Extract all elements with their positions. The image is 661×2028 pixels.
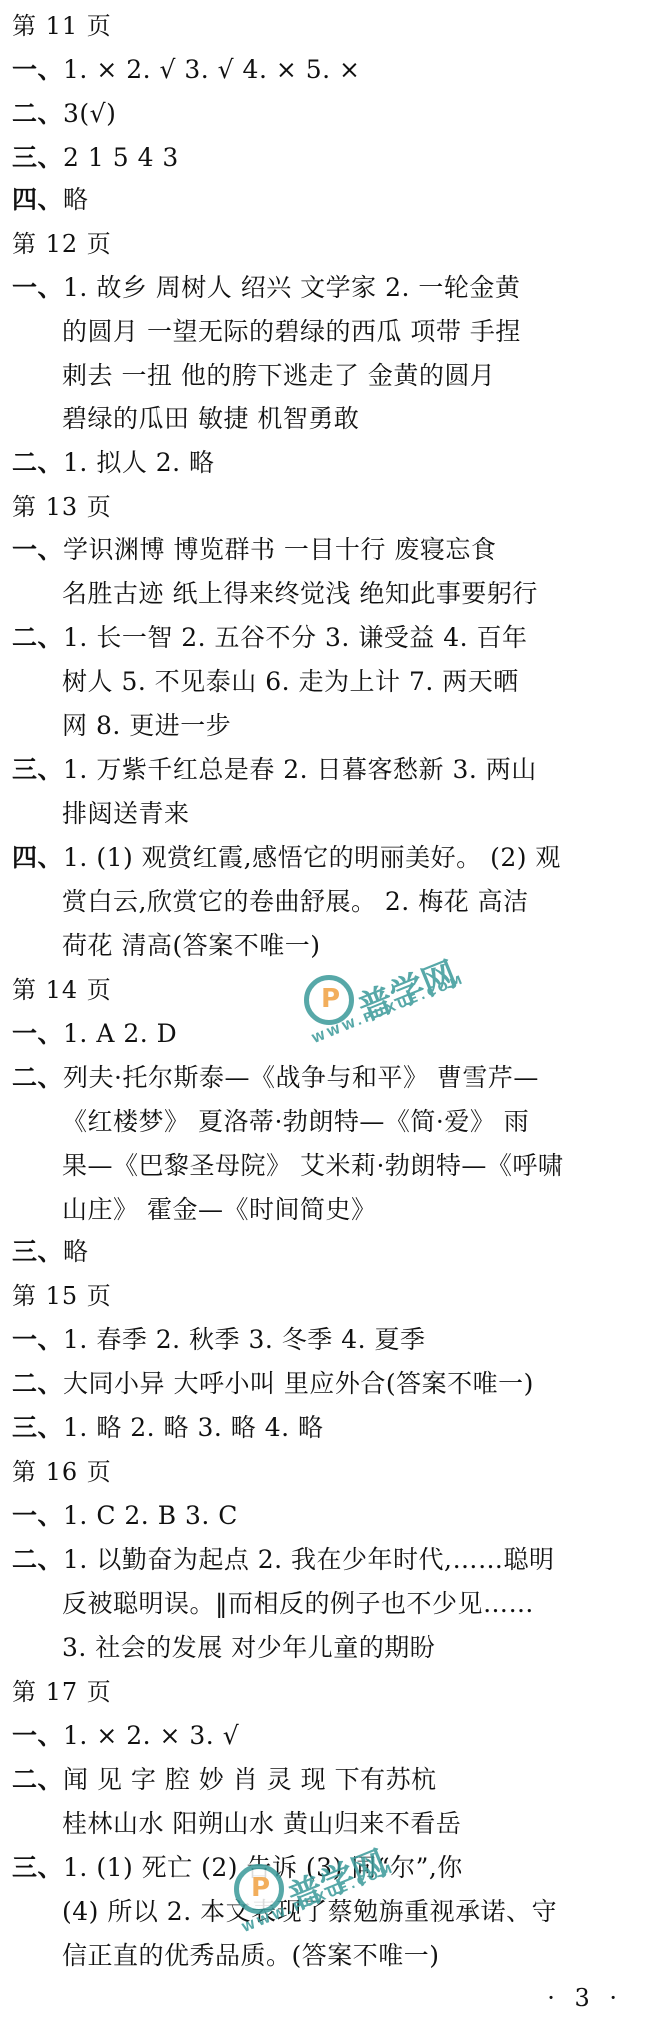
section-label: 二、 [12, 1545, 63, 1574]
section-label: 三、 [12, 143, 63, 172]
answer-line: 一、1. × 2. × 3. √ [12, 1716, 239, 1756]
page-header: 第 13 页 [12, 487, 112, 527]
answer-text: 3(√) [63, 99, 116, 128]
answer-line: 四、略 [12, 180, 89, 220]
answer-line: 二、闻 见 字 腔 妙 肖 灵 现 下有苏杭 [12, 1760, 437, 1800]
section-label: 三、 [12, 1413, 63, 1442]
section-label: 三、 [12, 1853, 63, 1882]
page-header: 第 11 页 [12, 6, 112, 46]
answer-line: 排闼送青来 [62, 794, 190, 834]
answer-line: 网 8. 更进一步 [62, 706, 231, 746]
section-label: 二、 [12, 1063, 63, 1092]
watermark-logo: P 普学网 WWW.PUXUE.COM [300, 945, 500, 1035]
section-label: 二、 [12, 1369, 63, 1398]
section-label: 一、 [12, 1721, 63, 1750]
answer-line: 一、1. C 2. B 3. C [12, 1496, 238, 1536]
section-label: 四、 [12, 185, 63, 214]
answer-line: 名胜古迹 纸上得来终觉浅 绝知此事要躬行 [62, 574, 538, 614]
answer-line: (4) 所以 2. 本文表现了蔡勉旃重视承诺、守 [62, 1892, 557, 1932]
answer-text: 闻 见 字 腔 妙 肖 灵 现 下有苏杭 [63, 1765, 437, 1794]
answer-line: 3. 社会的发展 对少年儿童的期盼 [62, 1628, 435, 1668]
answer-text: 1. 拟人 2. 略 [63, 448, 215, 477]
watermark-circle-icon: P [304, 975, 354, 1025]
answer-text: 1. × 2. × 3. √ [63, 1721, 239, 1750]
answer-line: 一、1. 春季 2. 秋季 3. 冬季 4. 夏季 [12, 1320, 426, 1360]
section-label: 三、 [12, 755, 63, 784]
answer-line: 一、1. A 2. D [12, 1014, 177, 1054]
page-header: 第 15 页 [12, 1276, 112, 1316]
answer-text: 1. 略 2. 略 3. 略 4. 略 [63, 1413, 324, 1442]
answer-line: 信正直的优秀品质。(答案不唯一) [62, 1936, 440, 1976]
answer-line: 二、1. 长一智 2. 五谷不分 3. 谦受益 4. 百年 [12, 618, 528, 658]
section-label: 二、 [12, 623, 63, 652]
section-label: 一、 [12, 273, 63, 302]
section-label: 二、 [12, 99, 63, 128]
watermark-cn-text: 普学网 [350, 947, 463, 1031]
answer-text: 1. 万紫千红总是春 2. 日暮客愁新 3. 两山 [63, 755, 537, 784]
answer-text: 1. (1) 死亡 (2) 告诉 (3) 同“尔”,你 [63, 1853, 463, 1882]
answer-text: 1. 长一智 2. 五谷不分 3. 谦受益 4. 百年 [63, 623, 528, 652]
page-number: · 3 · [547, 1984, 623, 2012]
section-label: 三、 [12, 1237, 63, 1266]
answer-text: 1. (1) 观赏红霞,感悟它的明丽美好。 (2) 观 [63, 843, 561, 872]
answer-line: 果—《巴黎圣母院》 艾米莉·勃朗特—《呼啸 [62, 1146, 563, 1186]
page-header: 第 16 页 [12, 1452, 112, 1492]
answer-line: 一、1. 故乡 周树人 绍兴 文学家 2. 一轮金黄 [12, 268, 520, 308]
answer-key-page: 第 11 页 一、1. × 2. √ 3. √ 4. × 5. × 二、3(√)… [0, 0, 661, 2028]
answer-text: 略 [63, 1237, 89, 1266]
answer-line: 树人 5. 不见泰山 6. 走为上计 7. 两天晒 [62, 662, 519, 702]
answer-text: 略 [63, 185, 89, 214]
answer-line: 荷花 清高(答案不唯一) [62, 926, 320, 966]
answer-line: 一、学识渊博 博览群书 一目十行 废寝忘食 [12, 530, 496, 570]
answer-text: 列夫·托尔斯泰—《战争与和平》 曹雪芹— [63, 1063, 539, 1092]
answer-line: 三、1. 万紫千红总是春 2. 日暮客愁新 3. 两山 [12, 750, 537, 790]
answer-line: 《红楼梦》 夏洛蒂·勃朗特—《简·爱》 雨 [62, 1102, 529, 1142]
answer-line: 二、列夫·托尔斯泰—《战争与和平》 曹雪芹— [12, 1058, 539, 1098]
watermark-p-icon: P [321, 984, 339, 1014]
answer-line: 山庄》 霍金—《时间简史》 [62, 1190, 376, 1230]
answer-line: 三、2 1 5 4 3 [12, 138, 179, 178]
answer-line: 碧绿的瓜田 敏捷 机智勇敢 [62, 399, 359, 439]
answer-text: 1. 春季 2. 秋季 3. 冬季 4. 夏季 [63, 1325, 426, 1354]
answer-text: 1. × 2. √ 3. √ 4. × 5. × [63, 55, 361, 84]
answer-text: 2 1 5 4 3 [63, 143, 179, 172]
answer-line: 一、1. × 2. √ 3. √ 4. × 5. × [12, 50, 361, 90]
section-label: 一、 [12, 1325, 63, 1354]
page-header: 第 17 页 [12, 1672, 112, 1712]
section-label: 一、 [12, 535, 63, 564]
page-header: 第 12 页 [12, 224, 112, 264]
answer-line: 二、1. 拟人 2. 略 [12, 443, 215, 483]
section-label: 一、 [12, 1019, 63, 1048]
answer-text: 大同小异 大呼小叫 里应外合(答案不唯一) [63, 1369, 534, 1398]
answer-line: 赏白云,欣赏它的卷曲舒展。 2. 梅花 高洁 [62, 882, 529, 922]
answer-line: 二、大同小异 大呼小叫 里应外合(答案不唯一) [12, 1364, 534, 1404]
answer-text: 1. 故乡 周树人 绍兴 文学家 2. 一轮金黄 [63, 273, 520, 302]
section-label: 二、 [12, 1765, 63, 1794]
answer-text: 1. A 2. D [63, 1019, 177, 1048]
watermark-url-text: WWW.PUXUE.COM [310, 972, 467, 1046]
section-label: 二、 [12, 448, 63, 477]
answer-line: 二、3(√) [12, 94, 116, 134]
answer-text: 1. C 2. B 3. C [63, 1501, 238, 1530]
section-label: 四、 [12, 843, 63, 872]
answer-line: 三、1. 略 2. 略 3. 略 4. 略 [12, 1408, 324, 1448]
answer-line: 刺去 一扭 他的胯下逃走了 金黄的圆月 [62, 356, 495, 396]
answer-line: 二、1. 以勤奋为起点 2. 我在少年时代,……聪明 [12, 1540, 555, 1580]
answer-line: 三、1. (1) 死亡 (2) 告诉 (3) 同“尔”,你 [12, 1848, 463, 1888]
section-label: 一、 [12, 1501, 63, 1530]
answer-line: 三、略 [12, 1232, 89, 1272]
answer-text: 学识渊博 博览群书 一目十行 废寝忘食 [63, 535, 496, 564]
answer-text: 1. 以勤奋为起点 2. 我在少年时代,……聪明 [63, 1545, 555, 1574]
answer-line: 桂林山水 阳朔山水 黄山归来不看岳 [62, 1804, 461, 1844]
answer-line: 反被聪明误。‖而相反的例子也不少见…… [62, 1584, 534, 1624]
answer-line: 的圆月 一望无际的碧绿的西瓜 项带 手捏 [62, 312, 521, 352]
page-header: 第 14 页 [12, 970, 112, 1010]
section-label: 一、 [12, 55, 63, 84]
answer-line: 四、1. (1) 观赏红霞,感悟它的明丽美好。 (2) 观 [12, 838, 561, 878]
